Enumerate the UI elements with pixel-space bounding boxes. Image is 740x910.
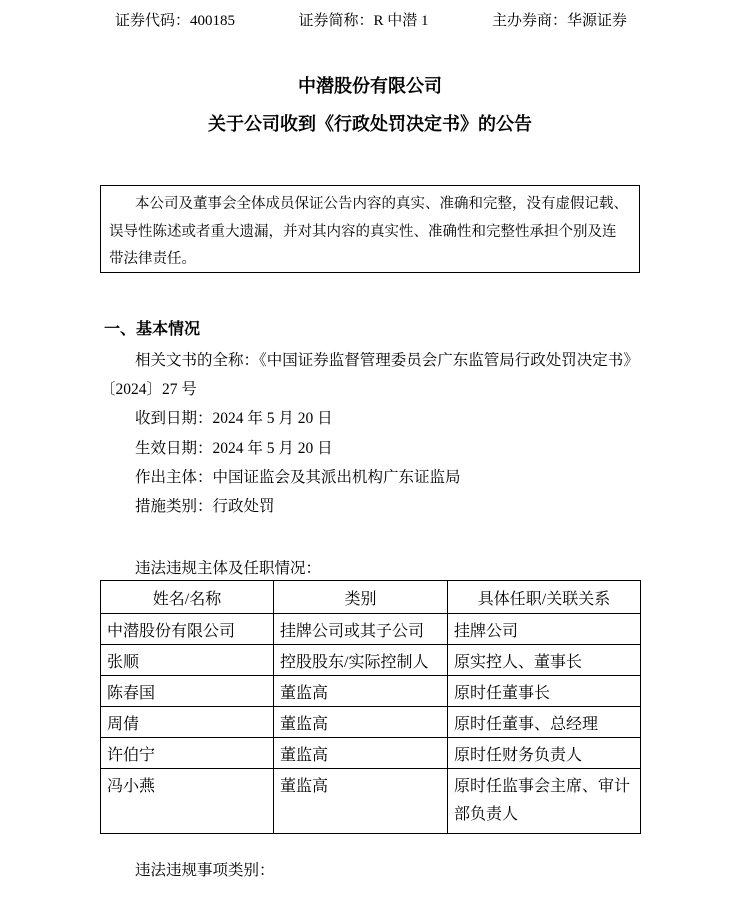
- stock-short-name: 证券简称：R 中潜 1: [298, 9, 428, 30]
- sponsor-broker-label: 主办券商：: [492, 13, 567, 29]
- stock-code-label: 证券代码：: [115, 13, 190, 29]
- measure-type-line: 措施类别：行政处罚: [135, 494, 275, 516]
- column-header-category: 类别: [274, 581, 448, 614]
- cell-category: 董监高: [274, 707, 448, 738]
- table-row: 许伯宁 董监高 原时任财务负责人: [101, 738, 641, 769]
- section-heading-basic-info: 一、基本情况: [104, 316, 200, 339]
- table-header-row: 姓名/名称 类别 具体任职/关联关系: [101, 581, 641, 614]
- table-row: 陈春国 董监高 原时任董事长: [101, 676, 641, 707]
- sponsor-broker-value: 华源证券: [567, 13, 627, 29]
- cell-category: 董监高: [274, 676, 448, 707]
- disclaimer-line: 带法律责任。: [109, 246, 631, 273]
- cell-category: 挂牌公司或其子公司: [274, 614, 448, 645]
- disclaimer-line: 本公司及董事会全体成员保证公告内容的真实、准确和完整，没有虚假记载、: [109, 191, 631, 219]
- cell-name: 许伯宁: [101, 738, 274, 769]
- sponsor-broker: 主办券商：华源证券: [492, 9, 627, 30]
- stock-short-name-label: 证券简称：: [298, 13, 373, 29]
- cell-name: 周倩: [101, 707, 274, 738]
- cell-name: 冯小燕: [101, 769, 274, 834]
- cell-role: 原实控人、董事长: [448, 645, 641, 676]
- table-row: 张顺 控股股东/实际控制人 原实控人、董事长: [101, 645, 641, 676]
- received-date-line: 收到日期：2024 年 5 月 20 日: [135, 406, 333, 428]
- violation-category-label: 违法违规事项类别：: [135, 858, 275, 880]
- cell-name: 中潜股份有限公司: [101, 614, 274, 645]
- cell-category: 董监高: [274, 738, 448, 769]
- cell-name: 陈春国: [101, 676, 274, 707]
- issuing-authority-line: 作出主体：中国证监会及其派出机构广东证监局: [135, 465, 461, 487]
- violation-subjects-table: 姓名/名称 类别 具体任职/关联关系 中潜股份有限公司 挂牌公司或其子公司 挂牌…: [100, 580, 641, 834]
- disclaimer-box: 本公司及董事会全体成员保证公告内容的真实、准确和完整，没有虚假记载、 误导性陈述…: [100, 185, 640, 273]
- company-name-title: 中潜股份有限公司: [0, 72, 740, 98]
- cell-name: 张顺: [101, 645, 274, 676]
- disclaimer-line: 误导性陈述或者重大遗漏，并对其内容的真实性、准确性和完整性承担个别及连: [109, 219, 631, 247]
- document-full-name-line2: 〔2024〕27 号: [100, 377, 197, 399]
- table-row: 周倩 董监高 原时任董事、总经理: [101, 707, 641, 738]
- subjects-table-caption: 违法违规主体及任职情况：: [135, 556, 321, 578]
- announcement-title: 关于公司收到《行政处罚决定书》的公告: [0, 110, 740, 136]
- cell-role: 原时任董事、总经理: [448, 707, 641, 738]
- table-row: 中潜股份有限公司 挂牌公司或其子公司 挂牌公司: [101, 614, 641, 645]
- column-header-name: 姓名/名称: [101, 581, 274, 614]
- stock-code: 证券代码：400185: [115, 9, 235, 30]
- cell-category: 控股股东/实际控制人: [274, 645, 448, 676]
- cell-role: 挂牌公司: [448, 614, 641, 645]
- cell-role: 原时任董事长: [448, 676, 641, 707]
- column-header-role: 具体任职/关联关系: [448, 581, 641, 614]
- cell-role: 原时任监事会主席、审计部负责人: [448, 769, 641, 834]
- stock-short-name-value: R 中潜 1: [373, 13, 428, 29]
- table-row: 冯小燕 董监高 原时任监事会主席、审计部负责人: [101, 769, 641, 834]
- cell-category: 董监高: [274, 769, 448, 834]
- document-full-name-line1: 相关文书的全称：《中国证券监督管理委员会广东监管局行政处罚决定书》: [135, 348, 639, 370]
- effective-date-line: 生效日期：2024 年 5 月 20 日: [135, 436, 333, 458]
- cell-role: 原时任财务负责人: [448, 738, 641, 769]
- stock-code-value: 400185: [190, 13, 235, 29]
- securities-info-bar: 证券代码：400185 证券简称：R 中潜 1 主办券商：华源证券: [115, 9, 627, 30]
- announcement-document: 证券代码：400185 证券简称：R 中潜 1 主办券商：华源证券 中潜股份有限…: [0, 0, 740, 910]
